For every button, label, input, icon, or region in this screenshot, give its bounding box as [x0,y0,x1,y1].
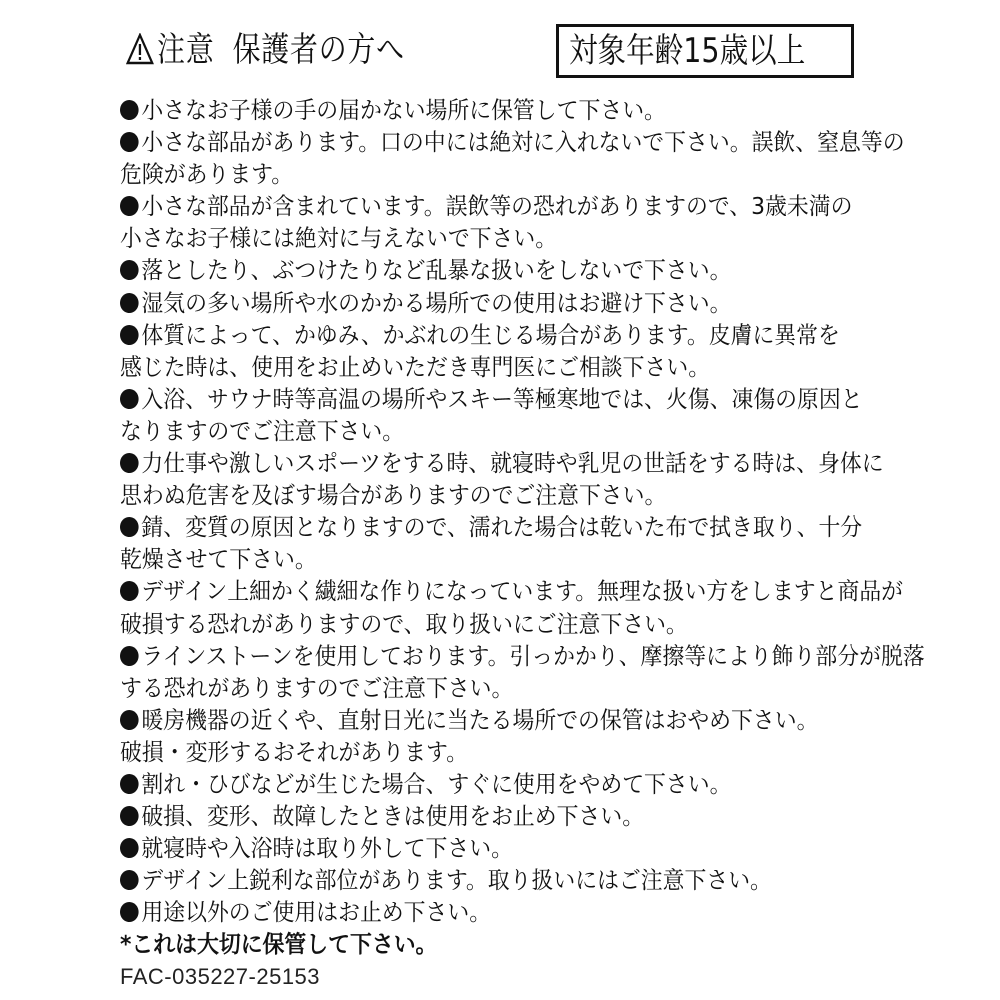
warning-triangle-icon [126,32,154,76]
warning-item-continuation: 乾燥させて下さい。 [120,543,864,575]
warning-item-continuation: 破損・変形するおそれがあります。 [120,736,864,768]
bullet-icon [120,517,139,537]
bullet-icon [120,902,139,922]
warning-text: 小さな部品が含まれています。誤飲等の恐れがありますので、3歳未満の [141,192,852,220]
warning-text: 力仕事や激しいスポーツをする時、就寝時や乳児の世話をする時は、身体に [141,449,883,477]
warning-text: 湿気の多い場所や水のかかる場所での使用はお避け下さい。 [141,289,731,317]
warning-item: 割れ・ひびなどが生じた場合、すぐに使用をやめて下さい。 [120,768,864,800]
warning-list: 小さなお子様の手の届かない場所に保管して下さい。小さな部品があります。口の中には… [120,94,920,993]
warning-item: 破損、変形、故障したときは使用をお止め下さい。 [120,800,864,832]
bullet-icon [120,293,139,313]
warning-text: 落としたり、ぶつけたりなど乱暴な扱いをしないで下さい。 [141,256,731,284]
warning-text: 用途以外のご使用はお止め下さい。 [141,898,491,926]
warning-item-continuation: 小さなお子様には絶対に与えないで下さい。 [120,222,864,254]
warning-item: 暖房機器の近くや、直射日光に当たる場所での保管はおやめ下さい。 [120,704,864,736]
bullet-icon [120,710,139,730]
warning-item-continuation: 破損する恐れがありますので、取り扱いにご注意下さい。 [120,608,864,640]
warning-text: 危険があります。 [120,160,293,188]
warning-text: 乾燥させて下さい。 [120,545,317,573]
bullet-icon [120,581,139,601]
bullet-icon [120,100,139,120]
warning-text: 割れ・ひびなどが生じた場合、すぐに使用をやめて下さい。 [141,770,731,798]
warning-text: ラインストーンを使用しております。引っかかり、摩擦等により飾り部分が脱落 [141,642,924,670]
warning-item: 落としたり、ぶつけたりなど乱暴な扱いをしないで下さい。 [120,254,864,286]
bullet-icon [120,196,139,216]
warning-text: 思わぬ危害を及ぼす場合がありますのでご注意下さい。 [120,481,666,509]
product-code: FAC-035227-25153 [120,961,920,993]
warning-text: する恐れがありますのでご注意下さい。 [120,674,513,702]
warning-item: ラインストーンを使用しております。引っかかり、摩擦等により飾り部分が脱落 [120,640,864,672]
warning-item: 用途以外のご使用はお止め下さい。 [120,896,864,928]
warning-text: 小さなお子様の手の届かない場所に保管して下さい。 [141,96,666,124]
warning-text: 体質によって、かゆみ、かぶれの生じる場合があります。皮膚に異常を [141,321,839,349]
warning-text: デザイン上細かく繊細な作りになっています。無理な扱い方をしますと商品が [141,577,903,605]
bullet-icon [120,838,139,858]
age-rating-label: 対象年齢15歳以上 [569,29,805,73]
warning-item: 湿気の多い場所や水のかかる場所での使用はお避け下さい。 [120,287,864,319]
warning-item: デザイン上鋭利な部位があります。取り扱いにはご注意下さい。 [120,864,864,896]
warning-item: 体質によって、かゆみ、かぶれの生じる場合があります。皮膚に異常を [120,319,864,351]
age-rating-box: 対象年齢15歳以上 [556,24,854,78]
warning-text: 破損する恐れがありますので、取り扱いにご注意下さい。 [120,610,688,638]
warning-item: デザイン上細かく繊細な作りになっています。無理な扱い方をしますと商品が [120,575,864,607]
warning-item: 入浴、サウナ時等高温の場所やスキー等極寒地では、火傷、凍傷の原因と [120,383,864,415]
warning-text: 錆、変質の原因となりますので、濡れた場合は乾いた布で拭き取り、十分 [141,513,862,541]
warning-item-continuation: する恐れがありますのでご注意下さい。 [120,672,864,704]
bullet-icon [120,325,139,345]
warning-item-continuation: 思わぬ危害を及ぼす場合がありますのでご注意下さい。 [120,479,864,511]
caution-label: 注意 [157,30,214,70]
warning-item-continuation: 危険があります。 [120,158,864,190]
guardians-label: 保護者の方へ [233,30,405,70]
bullet-icon [120,389,139,409]
bullet-icon [120,870,139,890]
bullet-icon [120,453,139,473]
storage-note: *これは大切に保管して下さい。 [120,928,864,960]
bullet-icon [120,646,139,666]
header: 注意保護者の方へ 対象年齢15歳以上 [0,0,1000,90]
warning-item: 小さなお子様の手の届かない場所に保管して下さい。 [120,94,864,126]
page-title: 注意保護者の方へ [126,28,405,76]
warning-item: 就寝時や入浴時は取り外して下さい。 [120,832,864,864]
bullet-icon [120,132,139,152]
warning-item: 力仕事や激しいスポーツをする時、就寝時や乳児の世話をする時は、身体に [120,447,864,479]
bullet-icon [120,260,139,280]
warning-item-continuation: なりますのでご注意下さい。 [120,415,864,447]
warning-text: 破損、変形、故障したときは使用をお止め下さい。 [141,802,644,830]
warning-text: 破損・変形するおそれがあります。 [120,738,468,766]
warning-text: 小さなお子様には絶対に与えないで下さい。 [120,224,557,252]
warning-text: なりますのでご注意下さい。 [120,417,404,445]
bullet-icon [120,806,139,826]
warning-item: 小さな部品が含まれています。誤飲等の恐れがありますので、3歳未満の [120,190,864,222]
warning-item: 錆、変質の原因となりますので、濡れた場合は乾いた布で拭き取り、十分 [120,511,864,543]
warning-text: 小さな部品があります。口の中には絶対に入れないで下さい。誤飲、窒息等の [141,128,904,156]
warning-item: 小さな部品があります。口の中には絶対に入れないで下さい。誤飲、窒息等の [120,126,864,158]
warning-text: 就寝時や入浴時は取り外して下さい。 [141,834,513,862]
warning-text: デザイン上鋭利な部位があります。取り扱いにはご注意下さい。 [141,866,772,894]
warning-item-continuation: 感じた時は、使用をお止めいただき専門医にご相談下さい。 [120,351,864,383]
bullet-icon [120,774,139,794]
warning-text: 暖房機器の近くや、直射日光に当たる場所での保管はおやめ下さい。 [141,706,818,734]
warning-text: 感じた時は、使用をお止めいただき専門医にご相談下さい。 [120,353,710,381]
warning-text: 入浴、サウナ時等高温の場所やスキー等極寒地では、火傷、凍傷の原因と [141,385,862,413]
